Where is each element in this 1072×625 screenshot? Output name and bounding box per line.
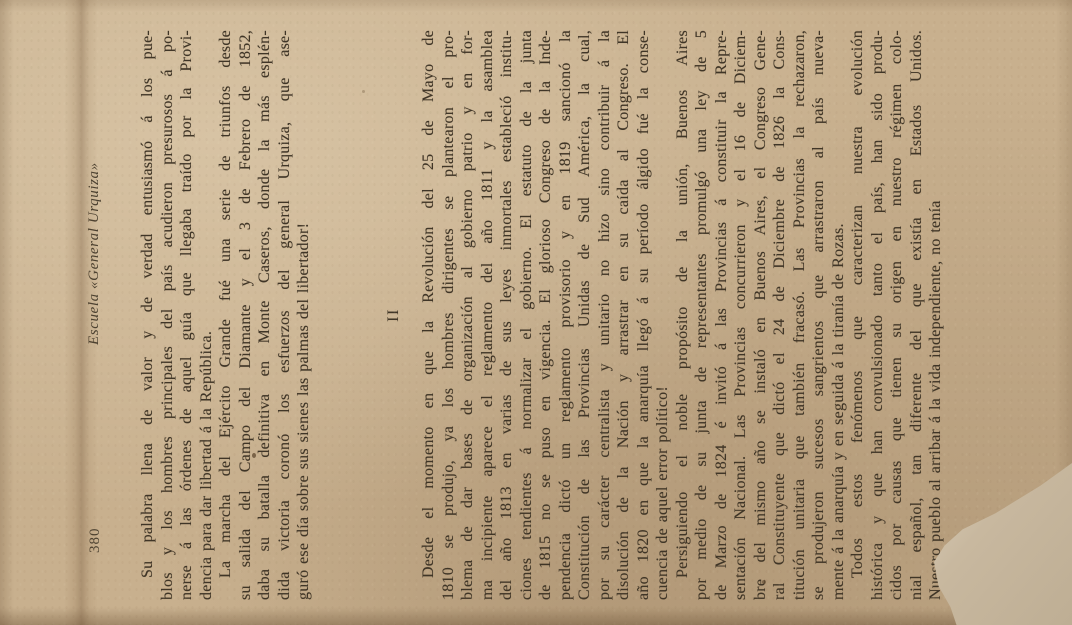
text-line: guró ese día sobre sus sienes las palmas…: [294, 30, 314, 600]
text-line: dencia para dar libertad á la República.: [197, 30, 217, 600]
text-line: ral Constituyente que dictó el 24 de Dic…: [770, 30, 790, 600]
text-line: Todos estos fenómenos que caracterizan n…: [848, 30, 868, 600]
text-line: de 1815 no se puso en vigencia. El glori…: [536, 30, 556, 600]
text-line: daba su batalla definitiva en Monte Case…: [255, 30, 275, 600]
text-line: por medio de su junta de representantes …: [692, 30, 712, 600]
text-line: Desde el momento en que la Revolución de…: [419, 30, 439, 600]
text-line: Constitución de las Provincias Unidas de…: [575, 30, 595, 600]
text-line: se produjeron sucesos sangrientos que ar…: [809, 30, 829, 600]
text-line: blema de dar bases de organización al go…: [458, 30, 478, 600]
text-line: titución unitaria que también fracasó. L…: [790, 30, 810, 600]
page-number: 380: [87, 528, 104, 554]
book-scan: 380 Escuela «General Urquiza» Su palabra…: [0, 0, 1072, 625]
text-line: Nuestro pueblo al arribar á la vida inde…: [926, 30, 946, 600]
text-line: ciones tendientes á normalizar el gobier…: [517, 30, 537, 600]
text-line: histórica y que han convulsionado tanto …: [868, 30, 888, 600]
book-page: 380 Escuela «General Urquiza» Su palabra…: [0, 0, 1072, 625]
paragraph-1: Su palabra llena de valor y de verdad en…: [138, 30, 216, 600]
text-line: bre del mismo año se instaló en Buenos A…: [751, 30, 771, 600]
text-line: su salida del Campo del Diamante y el 3 …: [236, 30, 256, 600]
section-heading: II: [384, 30, 404, 600]
text-line: ma incipiente aparece el reglamento del …: [478, 30, 498, 600]
paragraph-4: Persiguiendo el noble propósito de la un…: [673, 30, 849, 600]
paragraph-3: Desde el momento en que la Revolución de…: [419, 30, 673, 600]
text-line: cuencia de aquel error político!: [653, 30, 673, 600]
page-header: 380 Escuela «General Urquiza»: [86, 30, 106, 595]
text-line: Su palabra llena de valor y de verdad en…: [138, 30, 158, 600]
text-line: sentación Nacional. Las Provincias concu…: [731, 30, 751, 600]
text-line: nerse á las órdenes de aquel guía que ll…: [177, 30, 197, 600]
text-line: dida victoria coronó los esfuerzos del g…: [275, 30, 295, 600]
text-line: cidos por causas que tienen su origen en…: [887, 30, 907, 600]
text-line: 1810 se produjo, ya los hombres dirigent…: [439, 30, 459, 600]
text-line: La marcha del Ejército Grande fué una se…: [216, 30, 236, 600]
text-line: por su carácter centralista y unitario n…: [595, 30, 615, 600]
page-body: Su palabra llena de valor y de verdad en…: [138, 30, 946, 600]
text-line: pendencia dictó un reglamento provisorio…: [556, 30, 576, 600]
running-header: Escuela «General Urquiza»: [86, 162, 103, 345]
text-line: nial español, tan diferente del que exis…: [907, 30, 927, 600]
text-line: Persiguiendo el noble propósito de la un…: [673, 30, 693, 600]
text-line: del año 1813 en varias de sus leyes inmo…: [497, 30, 517, 600]
text-line: blos y los hombres principales del país …: [158, 30, 178, 600]
text-line: año 1820 en que la anarquía llegó á su p…: [634, 30, 654, 600]
text-line: disolución de la Nación y arrastrar en s…: [614, 30, 634, 600]
paragraph-5: Todos estos fenómenos que caracterizan n…: [848, 30, 946, 600]
text-line: de Marzo de 1824 é invitó á las Provinci…: [712, 30, 732, 600]
paragraph-2: La marcha del Ejército Grande fué una se…: [216, 30, 314, 600]
text-line: mente á la anarquía y en seguida á la ti…: [829, 30, 849, 600]
